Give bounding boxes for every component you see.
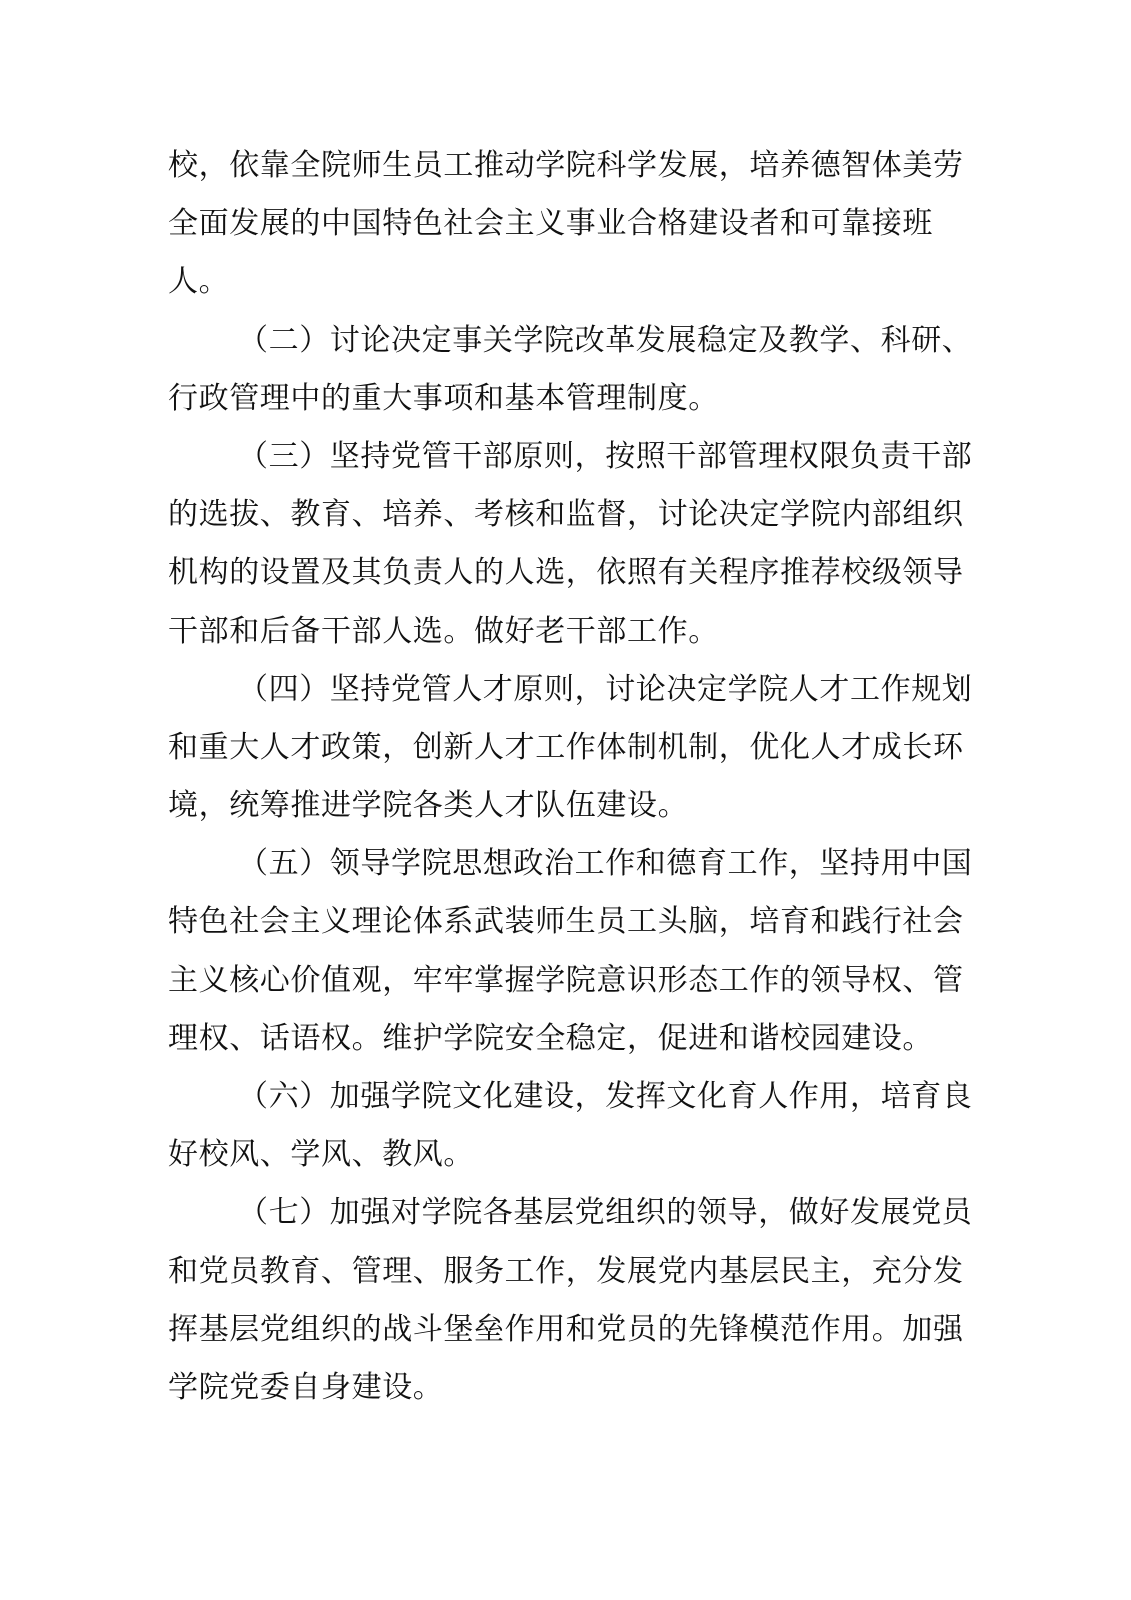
paragraph-item-3: （三）坚持党管干部原则，按照干部管理权限负责干部 的选拔、教育、培养、考核和监督… [168, 428, 948, 661]
paragraph-item-7: （七）加强对学院各基层党组织的领导，做好发展党员 和党员教育、管理、服务工作，发… [168, 1184, 948, 1417]
document-body: 校，依靠全院师生员工推动学院科学发展，培养德智体美劳 全面发展的中国特色社会主义… [168, 137, 948, 1417]
text-line: （七）加强对学院各基层党组织的领导，做好发展党员 [168, 1184, 948, 1242]
text-line: 特色社会主义理论体系武装师生员工头脑，培育和践行社会 [168, 893, 948, 951]
text-line: 学院党委自身建设。 [168, 1359, 948, 1417]
text-line: 挥基层党组织的战斗堡垒作用和党员的先锋模范作用。加强 [168, 1301, 948, 1359]
paragraph-intro-continued: 校，依靠全院师生员工推动学院科学发展，培养德智体美劳 全面发展的中国特色社会主义… [168, 137, 948, 312]
text-line: （三）坚持党管干部原则，按照干部管理权限负责干部 [168, 428, 948, 486]
text-line: 主义核心价值观，牢牢掌握学院意识形态工作的领导权、管 [168, 952, 948, 1010]
text-line: 行政管理中的重大事项和基本管理制度。 [168, 370, 948, 428]
text-line: 全面发展的中国特色社会主义事业合格建设者和可靠接班 [168, 195, 948, 253]
text-line: （六）加强学院文化建设，发挥文化育人作用，培育良 [168, 1068, 948, 1126]
text-line: 好校风、学风、教风。 [168, 1126, 948, 1184]
text-line: 理权、话语权。维护学院安全稳定，促进和谐校园建设。 [168, 1010, 948, 1068]
text-line: 机构的设置及其负责人的人选，依照有关程序推荐校级领导 [168, 544, 948, 602]
text-line: 人。 [168, 253, 948, 311]
paragraph-item-5: （五）领导学院思想政治工作和德育工作，坚持用中国 特色社会主义理论体系武装师生员… [168, 835, 948, 1068]
paragraph-item-2: （二）讨论决定事关学院改革发展稳定及教学、科研、 行政管理中的重大事项和基本管理… [168, 312, 948, 428]
paragraph-item-4: （四）坚持党管人才原则，讨论决定学院人才工作规划 和重大人才政策，创新人才工作体… [168, 661, 948, 836]
text-line: （五）领导学院思想政治工作和德育工作，坚持用中国 [168, 835, 948, 893]
text-line: （四）坚持党管人才原则，讨论决定学院人才工作规划 [168, 661, 948, 719]
text-line: 干部和后备干部人选。做好老干部工作。 [168, 603, 948, 661]
text-line: 和重大人才政策，创新人才工作体制机制，优化人才成长环 [168, 719, 948, 777]
document-page: 校，依靠全院师生员工推动学院科学发展，培养德智体美劳 全面发展的中国特色社会主义… [0, 0, 1131, 1600]
text-line: （二）讨论决定事关学院改革发展稳定及教学、科研、 [168, 312, 948, 370]
text-line: 和党员教育、管理、服务工作，发展党内基层民主，充分发 [168, 1243, 948, 1301]
text-line: 校，依靠全院师生员工推动学院科学发展，培养德智体美劳 [168, 137, 948, 195]
text-line: 的选拔、教育、培养、考核和监督，讨论决定学院内部组织 [168, 486, 948, 544]
paragraph-item-6: （六）加强学院文化建设，发挥文化育人作用，培育良 好校风、学风、教风。 [168, 1068, 948, 1184]
text-line: 境，统筹推进学院各类人才队伍建设。 [168, 777, 948, 835]
